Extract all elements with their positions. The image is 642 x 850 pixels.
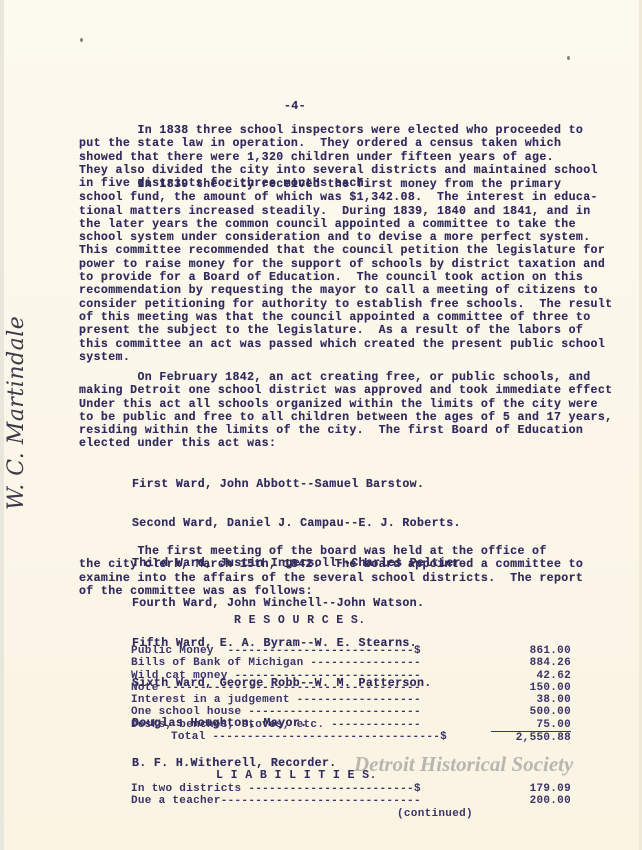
resource-amount: 42.62: [491, 670, 571, 682]
resource-label: Desks, benches, stoves, etc. -----------…: [131, 719, 491, 731]
resource-amount: 38.00: [491, 694, 571, 706]
watermark: Detroit Historical Society: [354, 752, 573, 777]
board-member: Second Ward, Daniel J. Campau--E. J. Rob…: [132, 517, 468, 530]
liability-row: Due a teacher---------------------------…: [131, 795, 571, 807]
resource-label: One school house -----------------------…: [131, 706, 491, 718]
board-member: Fourth Ward, John Winchell--John Watson.: [132, 597, 468, 610]
paragraph-1839-school-fund: In 1839 the city received the first mone…: [79, 178, 612, 364]
paragraph-first-meeting: The first meeting of the board was held …: [79, 545, 583, 598]
resource-label: Bills of Bank of Michigan --------------…: [131, 657, 491, 669]
page-number: -4-: [284, 100, 306, 113]
resource-row: Bills of Bank of Michigan --------------…: [131, 657, 571, 669]
liabilities-heading: L I A B I L I T I E S.: [216, 769, 377, 782]
liability-amount: 200.00: [491, 795, 571, 807]
liability-label: In two districts -----------------------…: [131, 783, 491, 795]
resource-label: Public Money ---------------------------…: [131, 645, 491, 657]
resource-amount: 75.00: [491, 719, 571, 731]
resource-row: One school house -----------------------…: [131, 706, 571, 718]
total-amount: 2,550.88: [491, 731, 571, 743]
total-label: Total ---------------------------------$: [131, 731, 491, 743]
document-page: -4- In 1838 three school inspectors were…: [0, 0, 642, 850]
paragraph-1842-act: On February 1842, an act creating free, …: [79, 371, 612, 451]
resource-row: Public Money ---------------------------…: [131, 645, 571, 657]
resource-label: Note -----------------------------------…: [131, 682, 491, 694]
paper-speck: [567, 56, 570, 60]
resource-amount: 500.00: [491, 706, 571, 718]
resource-row: Desks, benches, stoves, etc. -----------…: [131, 719, 571, 731]
paper-speck: [80, 38, 83, 42]
liability-amount: 179.09: [491, 783, 571, 795]
resources-table: Public Money ---------------------------…: [131, 645, 571, 743]
resource-amount: 861.00: [491, 645, 571, 657]
resource-amount: 150.00: [491, 682, 571, 694]
resource-row: Note -----------------------------------…: [131, 682, 571, 694]
resource-row: Interest in a judgement ----------------…: [131, 694, 571, 706]
resource-label: Wild cat money -------------------------…: [131, 670, 491, 682]
resource-amount: 884.26: [491, 657, 571, 669]
liabilities-table: In two districts -----------------------…: [131, 783, 571, 808]
board-member: First Ward, John Abbott--Samuel Barstow.: [132, 478, 468, 491]
resource-row: Wild cat money -------------------------…: [131, 670, 571, 682]
handwritten-signature: W. C. Martindale: [4, 316, 29, 510]
resources-total-row: Total ---------------------------------$…: [131, 731, 571, 743]
liability-label: Due a teacher---------------------------…: [131, 795, 491, 807]
resource-label: Interest in a judgement ----------------…: [131, 694, 491, 706]
continued-note: (continued): [397, 808, 473, 820]
liability-row: In two districts -----------------------…: [131, 783, 571, 795]
resources-heading: R E S O U R C E S.: [234, 614, 366, 627]
